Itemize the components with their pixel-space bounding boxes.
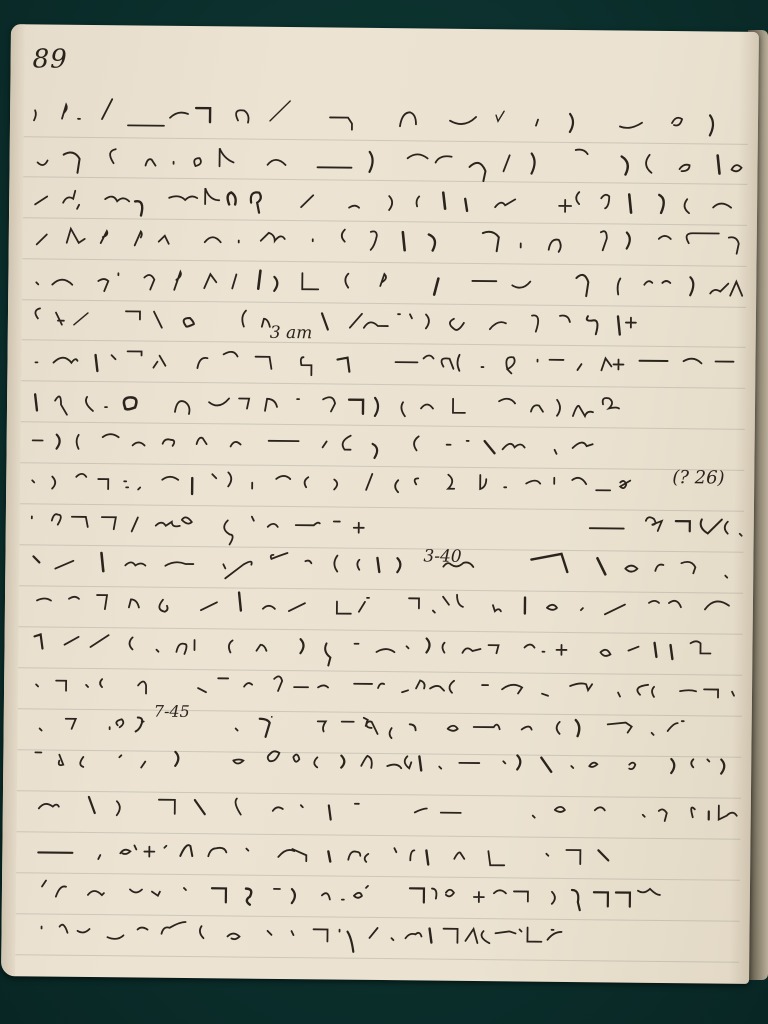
shorthand-text (1, 24, 759, 984)
annotation-time-3am: 3 am (270, 323, 313, 343)
notebook-page: 89 (1, 24, 759, 984)
annotation-time-7-45: 7-45 (154, 702, 190, 721)
annotation-reference-26: (? 26) (672, 467, 725, 489)
annotation-time-3-40: 3-40 (423, 546, 461, 566)
